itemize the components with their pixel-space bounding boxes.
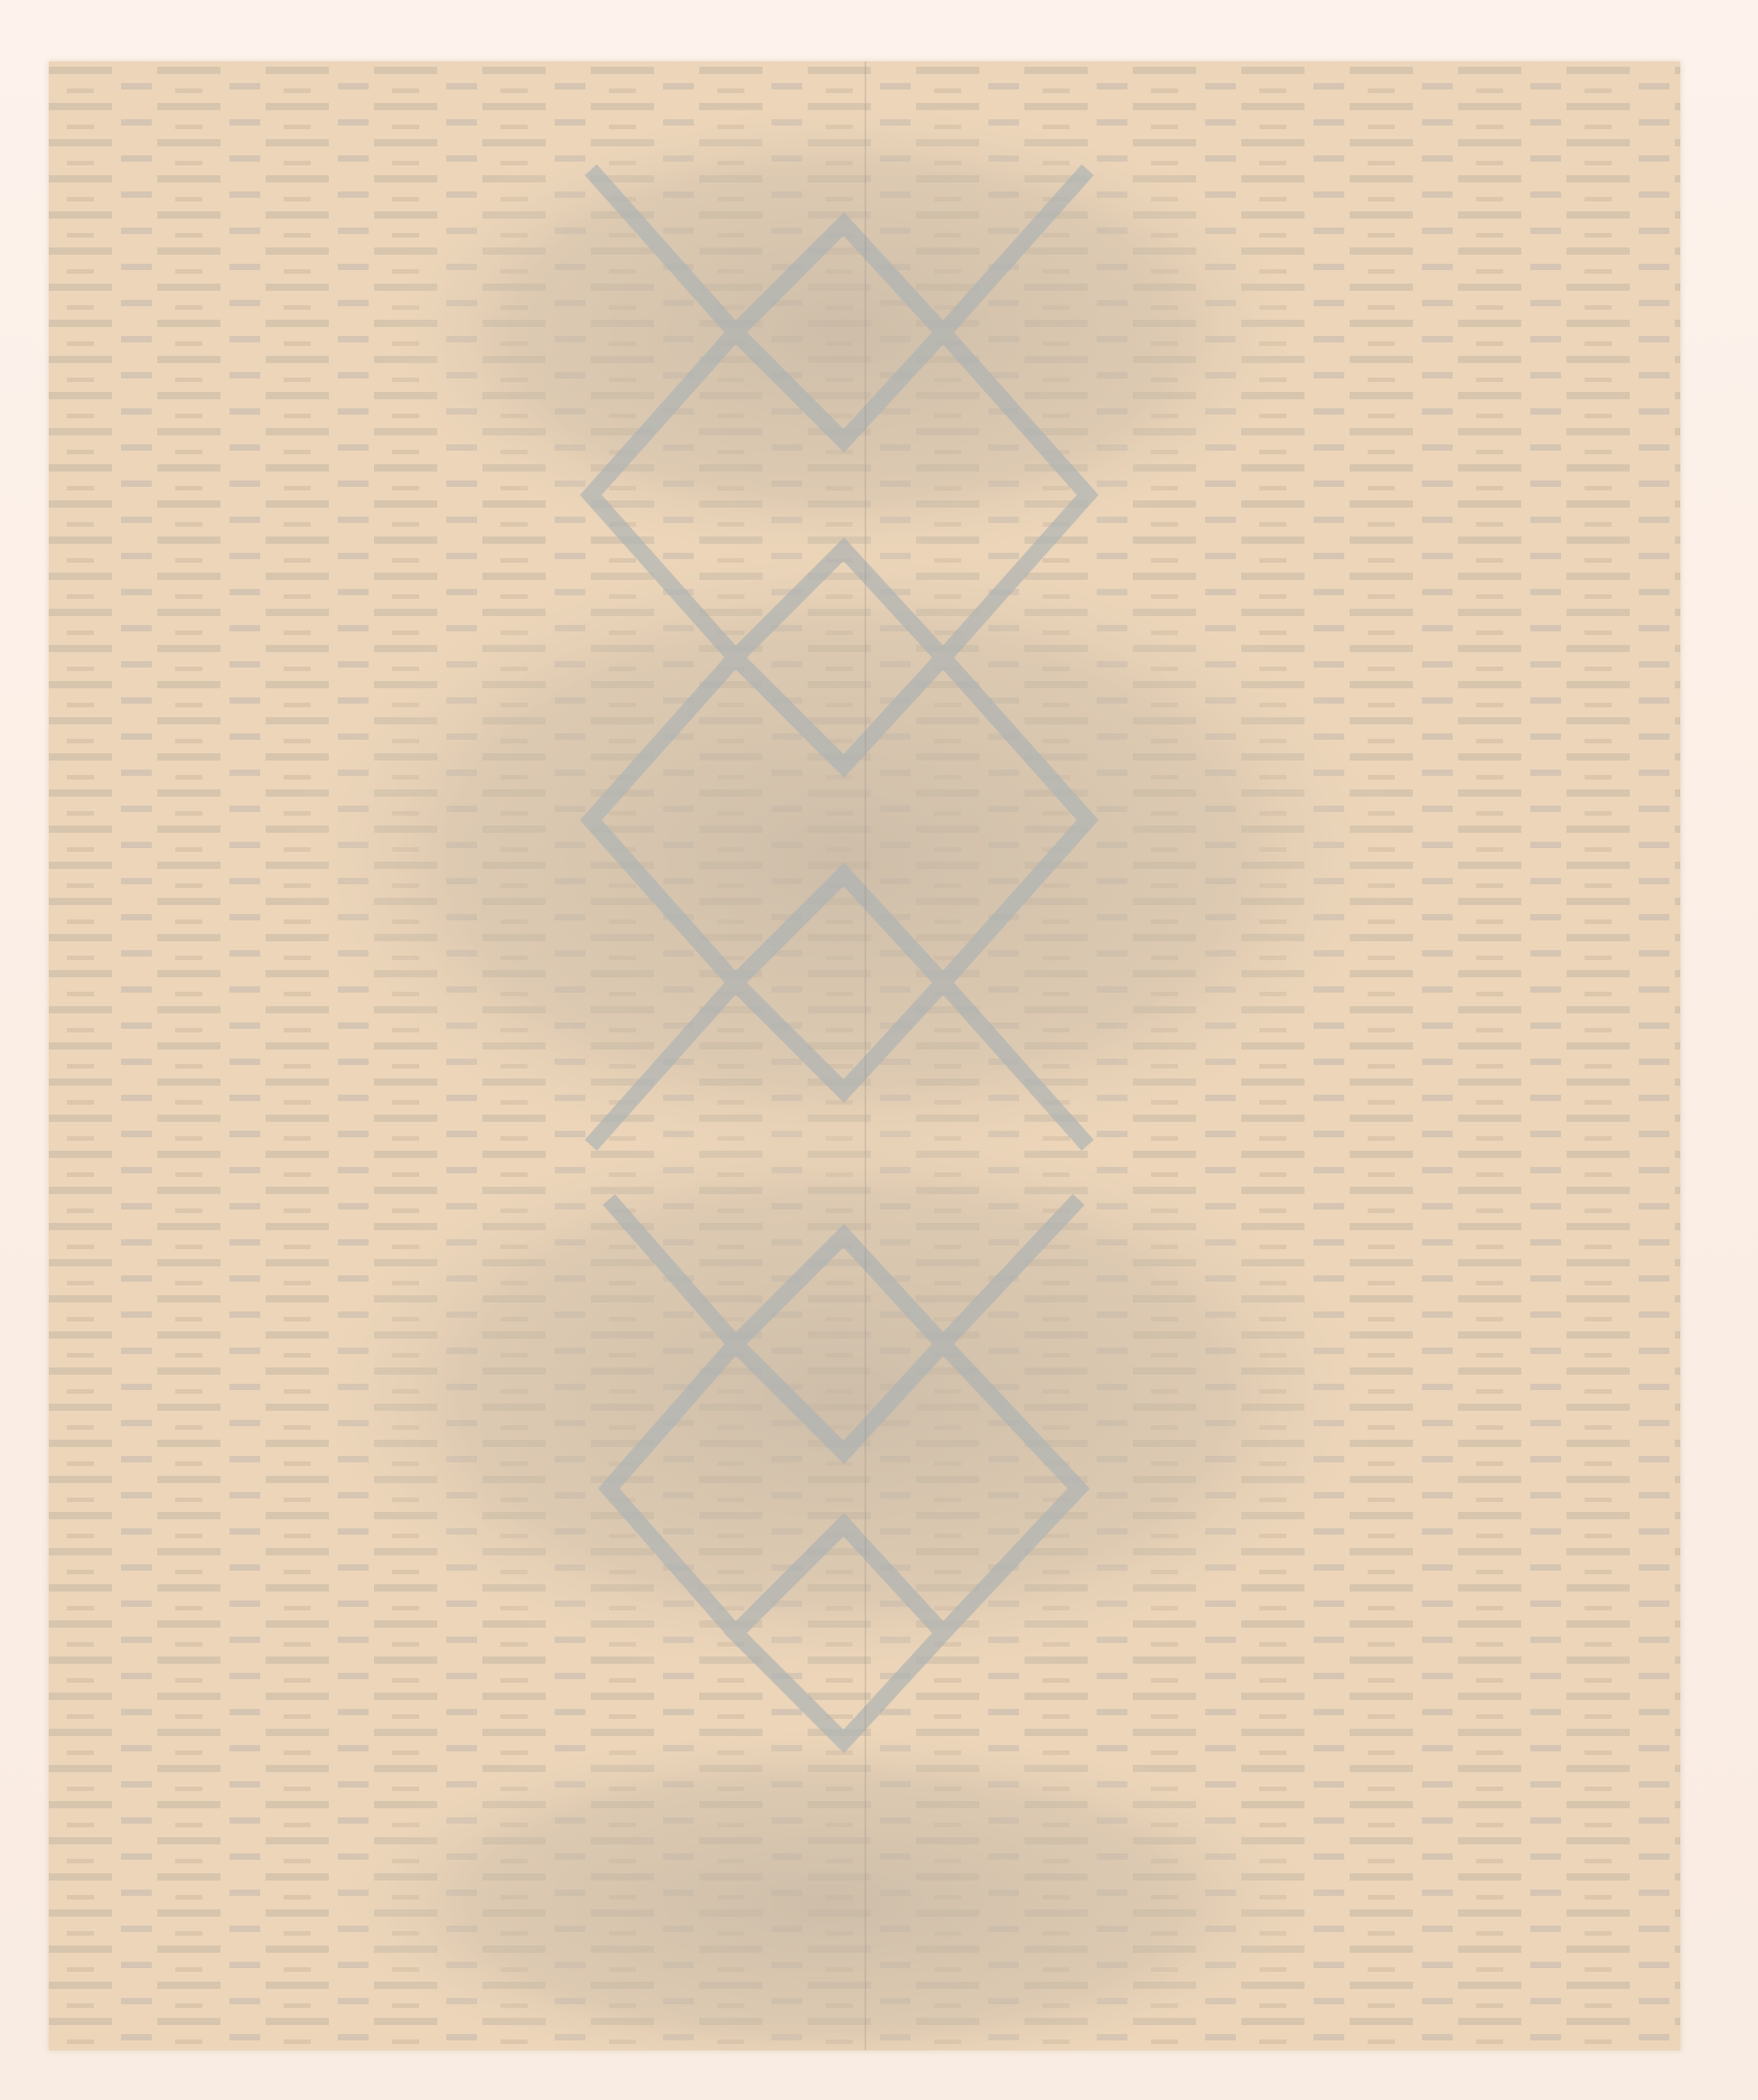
center-seam: [865, 61, 866, 2050]
rug: [49, 61, 1680, 2050]
